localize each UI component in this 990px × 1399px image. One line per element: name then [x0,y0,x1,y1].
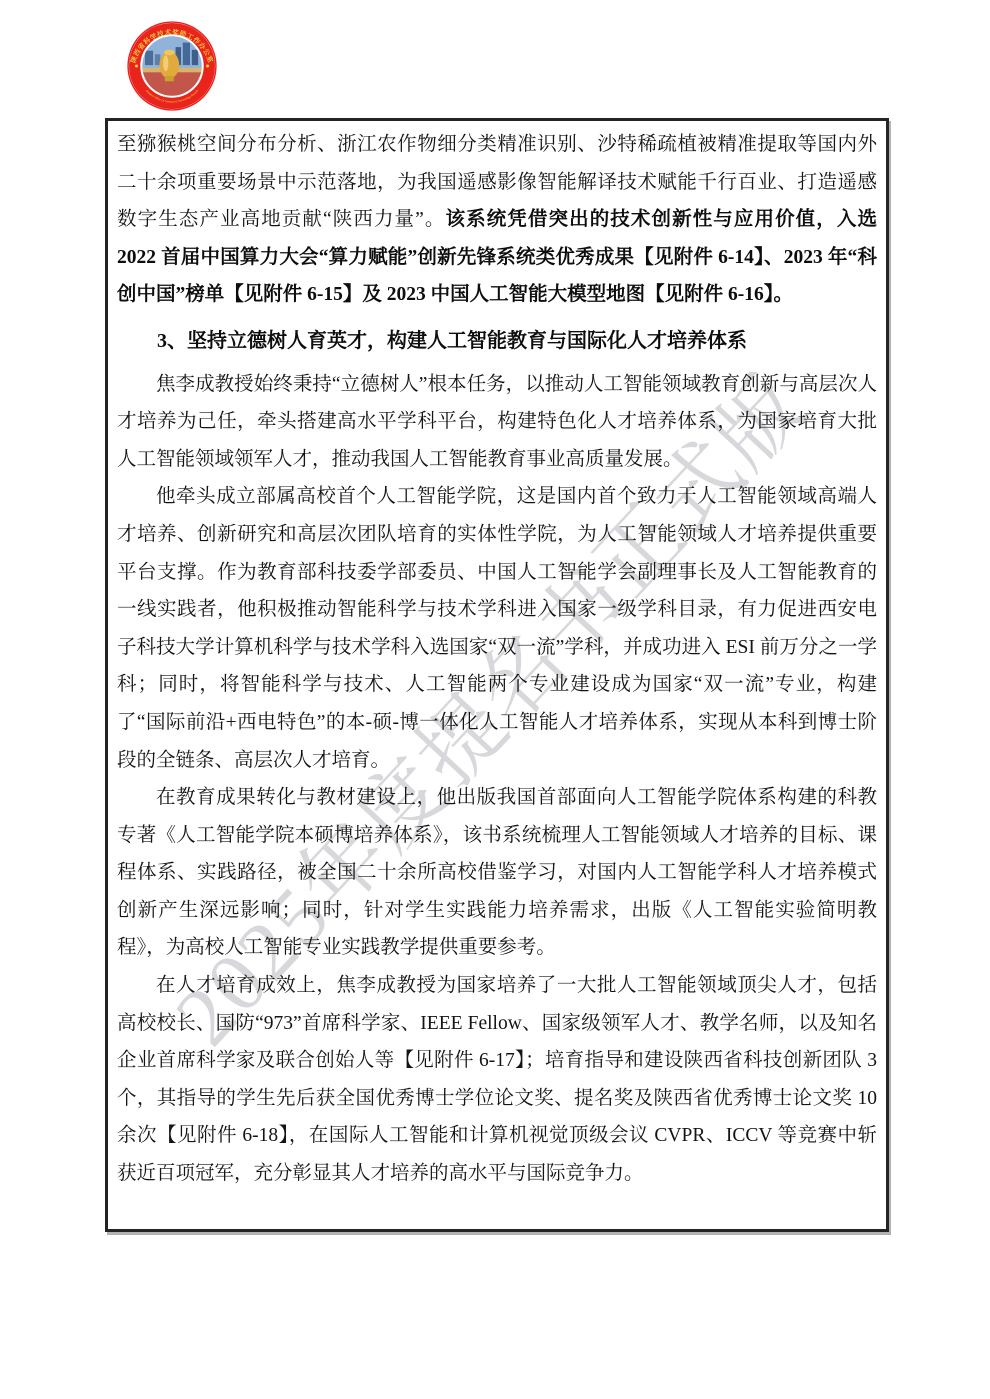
seal-star-left [135,64,138,67]
paragraph-ai-college: 他牵头成立部属高校首个人工智能学院，这是国内首个致力于人工智能领域高端人才培养、… [117,478,877,779]
paragraph-education-mission: 焦李成教授始终秉持“立德树人”根本任务，以推动人工智能领域教育创新与高层次人才培… [117,366,877,479]
paragraph-talent-results: 在人才培育成效上，焦李成教授为国家培养了一大批人工智能领域顶尖人才，包括高校校长… [117,967,877,1193]
org-seal-logo: 陕西省科学技术奖励工作办公室 Shaanxi Office Of Science… [127,20,217,112]
section-heading: 3、坚持立德树人育英才，构建人工智能教育与国际化人才培养体系 [117,323,877,361]
trophy-icon [159,52,179,79]
document-page: { "logo": { "ring_text_top": "陕西省科学技术奖励工… [0,0,990,1399]
paragraph-remote-sensing: 至猕猴桃空间分布分析、浙江农作物细分类精准识别、沙特稀疏植被精准提取等国内外二十… [117,126,877,314]
paragraph-textbooks: 在教育成果转化与教材建设上，他出版我国首部面向人工智能学院体系构建的科教专著《人… [117,779,877,967]
content-box: 至猕猴桃空间分布分析、浙江农作物细分类精准识别、沙特稀疏植被精准提取等国内外二十… [105,118,889,1232]
seal-icon: 陕西省科学技术奖励工作办公室 Shaanxi Office Of Science… [127,20,217,112]
seal-star-right [206,64,209,67]
